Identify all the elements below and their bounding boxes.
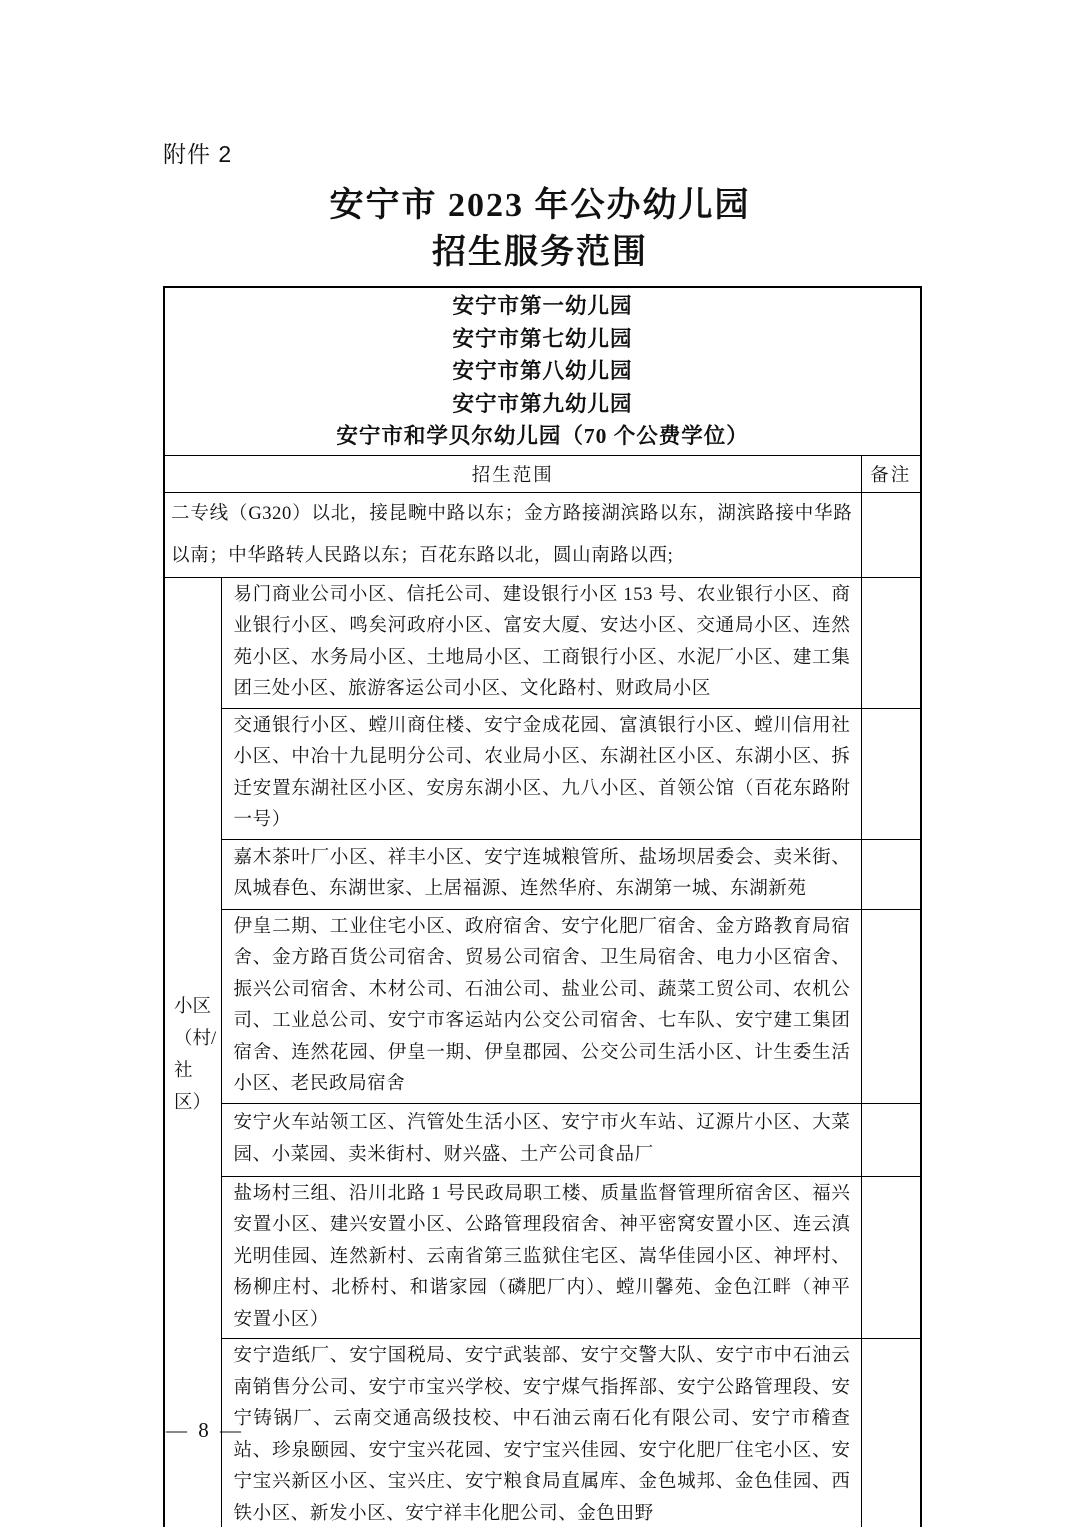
boundary-row: 二专线（G320）以北，接昆畹中路以东；金方路接湖滨路以东，湖滨路接中华路以南；…: [164, 492, 921, 577]
kindergarten-names-row: 安宁市第一幼儿园 安宁市第七幼儿园 安宁市第八幼儿园 安宁市第九幼儿园 安宁市和…: [164, 287, 921, 455]
column-header-row: 招生范围 备注: [164, 455, 921, 492]
kindergarten-name: 安宁市第七幼儿园: [165, 323, 920, 356]
community-list: 伊皇二期、工业住宅小区、政府宿舍、安宁化肥厂宿舍、金方路教育局宿舍、金方路百货公…: [221, 909, 861, 1103]
community-list: 交通银行小区、螳川商住楼、安宁金成花园、富滇银行小区、螳川信用社小区、中冶十九昆…: [221, 708, 861, 839]
enrollment-scope-table: 安宁市第一幼儿园 安宁市第七幼儿园 安宁市第八幼儿园 安宁市第九幼儿园 安宁市和…: [163, 286, 922, 1527]
note-column-header: 备注: [861, 455, 921, 492]
note-cell: [861, 708, 921, 839]
page-number: — 8 —: [166, 1418, 244, 1443]
community-row: 小区（村/社区） 易门商业公司小区、信托公司、建设银行小区 153 号、农业银行…: [164, 577, 921, 708]
community-list: 盐场村三组、沿川北路 1 号民政局职工楼、质量监督管理所宿舍区、福兴安置小区、建…: [221, 1176, 861, 1339]
document-page: 附件 2 安宁市 2023 年公办幼儿园 招生服务范围 安宁市第一幼儿园 安宁市…: [0, 0, 1080, 1527]
document-title-line1: 安宁市 2023 年公办幼儿园: [0, 182, 1080, 229]
note-cell: [861, 492, 921, 577]
scope-column-header: 招生范围: [164, 455, 861, 492]
community-list: 安宁造纸厂、安宁国税局、安宁武装部、安宁交警大队、安宁市中石油云南销售分公司、安…: [221, 1339, 861, 1527]
community-row: 盐场村三组、沿川北路 1 号民政局职工楼、质量监督管理所宿舍区、福兴安置小区、建…: [164, 1176, 921, 1339]
note-cell: [861, 1176, 921, 1339]
note-cell: [861, 909, 921, 1103]
attachment-label: 附件 2: [163, 136, 232, 169]
document-title: 安宁市 2023 年公办幼儿园 招生服务范围: [0, 182, 1080, 276]
document-title-line2: 招生服务范围: [0, 229, 1080, 276]
community-row: 伊皇二期、工业住宅小区、政府宿舍、安宁化肥厂宿舍、金方路教育局宿舍、金方路百货公…: [164, 909, 921, 1103]
community-row: 交通银行小区、螳川商住楼、安宁金成花园、富滇银行小区、螳川信用社小区、中冶十九昆…: [164, 708, 921, 839]
community-list: 安宁火车站领工区、汽管处生活小区、安宁市火车站、辽源片小区、大菜园、小菜园、卖米…: [221, 1103, 861, 1176]
community-row: 安宁火车站领工区、汽管处生活小区、安宁市火车站、辽源片小区、大菜园、小菜园、卖米…: [164, 1103, 921, 1176]
community-row: 嘉木茶叶厂小区、祥丰小区、安宁连城粮管所、盐场坝居委会、卖米街、凤城春色、东湖世…: [164, 839, 921, 909]
kindergarten-name: 安宁市第八幼儿园: [165, 355, 920, 388]
kindergarten-name: 安宁市第一幼儿园: [165, 290, 920, 323]
boundary-description: 二专线（G320）以北，接昆畹中路以东；金方路接湖滨路以东，湖滨路接中华路以南；…: [164, 492, 861, 577]
note-cell: [861, 839, 921, 909]
community-list: 易门商业公司小区、信托公司、建设银行小区 153 号、农业银行小区、商业银行小区…: [221, 577, 861, 708]
note-cell: [861, 1103, 921, 1176]
community-list: 嘉木茶叶厂小区、祥丰小区、安宁连城粮管所、盐场坝居委会、卖米街、凤城春色、东湖世…: [221, 839, 861, 909]
kindergarten-name: 安宁市第九幼儿园: [165, 388, 920, 421]
note-cell: [861, 577, 921, 708]
kindergarten-names-cell: 安宁市第一幼儿园 安宁市第七幼儿园 安宁市第八幼儿园 安宁市第九幼儿园 安宁市和…: [164, 287, 921, 455]
note-cell: [861, 1339, 921, 1527]
community-row: 安宁造纸厂、安宁国税局、安宁武装部、安宁交警大队、安宁市中石油云南销售分公司、安…: [164, 1339, 921, 1527]
community-row-label: 小区（村/社区）: [164, 577, 221, 1527]
kindergarten-name: 安宁市和学贝尔幼儿园（70 个公费学位）: [165, 420, 920, 453]
